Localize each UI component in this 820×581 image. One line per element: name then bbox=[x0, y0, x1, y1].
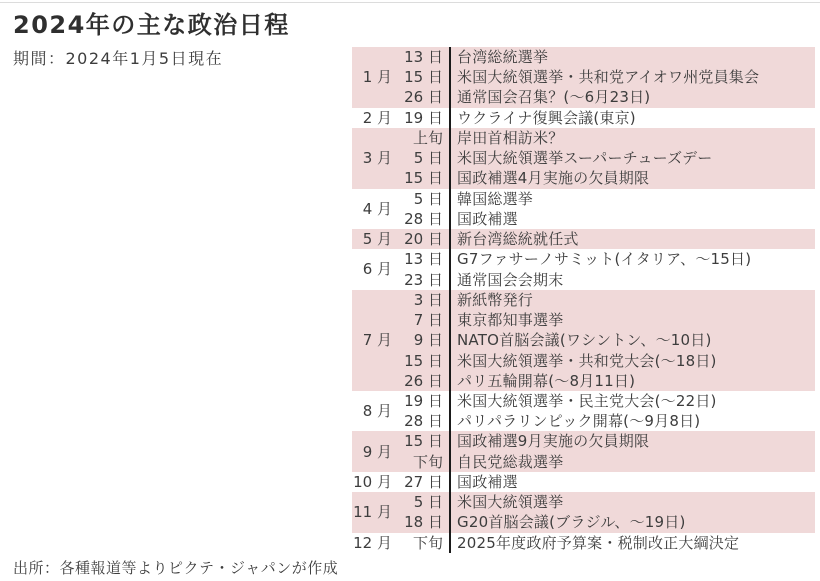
schedule-row: 11 月5 日米国大統領選挙 bbox=[352, 492, 815, 512]
day-cell: 下旬 bbox=[394, 452, 450, 472]
day-cell: 5 日 bbox=[394, 189, 450, 209]
day-cell: 26 日 bbox=[394, 87, 450, 107]
event-cell: 新台湾総統就任式 bbox=[450, 229, 815, 249]
schedule-row: 10 月27 日国政補選 bbox=[352, 472, 815, 492]
day-cell: 28 日 bbox=[394, 209, 450, 229]
event-cell: 岸田首相訪米？ bbox=[450, 128, 815, 148]
schedule-row: 26 日通常国会召集？(～6月23日) bbox=[352, 87, 815, 107]
schedule-row: 下旬自民党総裁選挙 bbox=[352, 452, 815, 472]
day-cell: 15 日 bbox=[394, 351, 450, 371]
schedule-row: 1 月13 日台湾総統選挙 bbox=[352, 47, 815, 67]
schedule-row: 5 月20 日新台湾総統就任式 bbox=[352, 229, 815, 249]
schedule-row: 9 日NATO首脳会議(ワシントン、～10日) bbox=[352, 330, 815, 350]
event-cell: 韓国総選挙 bbox=[450, 189, 815, 209]
month-cell: 2 月 bbox=[352, 108, 394, 128]
day-cell: 26 日 bbox=[394, 371, 450, 391]
day-cell: 9 日 bbox=[394, 330, 450, 350]
schedule-row: 7 日東京都知事選挙 bbox=[352, 310, 815, 330]
event-cell: 通常国会会期末 bbox=[450, 270, 815, 290]
event-cell: G20首脳会議(ブラジル、～19日) bbox=[450, 512, 815, 532]
event-cell: NATO首脳会議(ワシントン、～10日) bbox=[450, 330, 815, 350]
day-cell: 13 日 bbox=[394, 249, 450, 269]
day-cell: 5 日 bbox=[394, 148, 450, 168]
day-cell: 7 日 bbox=[394, 310, 450, 330]
source-note: 出所：各種報道等よりピクテ・ジャパンが作成 bbox=[13, 557, 338, 578]
month-cell: 8 月 bbox=[352, 391, 394, 431]
month-cell: 9 月 bbox=[352, 431, 394, 471]
day-cell: 下旬 bbox=[394, 533, 450, 553]
page-title: 2024年の主な政治日程 bbox=[13, 5, 290, 40]
schedule-row: 6 月13 日G7ファサーノサミット(イタリア、～15日) bbox=[352, 249, 815, 269]
event-cell: パリパラリンピック開幕(～9月8日) bbox=[450, 411, 815, 431]
schedule-row: 4 月5 日韓国総選挙 bbox=[352, 189, 815, 209]
schedule-row: 9 月15 日国政補選9月実施の欠員期限 bbox=[352, 431, 815, 451]
day-cell: 15 日 bbox=[394, 168, 450, 188]
day-cell: 上旬 bbox=[394, 128, 450, 148]
event-cell: 米国大統領選挙・民主党大会(～22日) bbox=[450, 391, 815, 411]
schedule-row: 15 日国政補選4月実施の欠員期限 bbox=[352, 168, 815, 188]
schedule-row: 8 月19 日米国大統領選挙・民主党大会(～22日) bbox=[352, 391, 815, 411]
month-cell: 7 月 bbox=[352, 290, 394, 391]
period-label: 期間：2024年1月5日現在 bbox=[13, 46, 223, 69]
schedule-row: 15 日米国大統領選挙・共和党大会(～18日) bbox=[352, 351, 815, 371]
month-cell: 10 月 bbox=[352, 472, 394, 492]
event-cell: ウクライナ復興会議(東京) bbox=[450, 108, 815, 128]
schedule-row: 7 月3 日新紙幣発行 bbox=[352, 290, 815, 310]
schedule-table-body: 1 月13 日台湾総統選挙15 日米国大統領選挙・共和党アイオワ州党員集会26 … bbox=[352, 47, 815, 553]
month-cell: 6 月 bbox=[352, 249, 394, 289]
schedule-row: 15 日米国大統領選挙・共和党アイオワ州党員集会 bbox=[352, 67, 815, 87]
month-cell: 4 月 bbox=[352, 189, 394, 229]
month-cell: 11 月 bbox=[352, 492, 394, 532]
event-cell: 米国大統領選挙 bbox=[450, 492, 815, 512]
event-cell: 米国大統領選挙・共和党大会(～18日) bbox=[450, 351, 815, 371]
day-cell: 19 日 bbox=[394, 391, 450, 411]
day-cell: 28 日 bbox=[394, 411, 450, 431]
month-cell: 1 月 bbox=[352, 47, 394, 108]
event-cell: 新紙幣発行 bbox=[450, 290, 815, 310]
schedule-table: 1 月13 日台湾総統選挙15 日米国大統領選挙・共和党アイオワ州党員集会26 … bbox=[352, 47, 815, 553]
event-cell: 国政補選9月実施の欠員期限 bbox=[450, 431, 815, 451]
event-cell: 自民党総裁選挙 bbox=[450, 452, 815, 472]
day-cell: 3 日 bbox=[394, 290, 450, 310]
event-cell: 国政補選 bbox=[450, 209, 815, 229]
top-divider bbox=[0, 2, 820, 3]
day-cell: 27 日 bbox=[394, 472, 450, 492]
event-cell: 通常国会召集？(～6月23日) bbox=[450, 87, 815, 107]
day-cell: 5 日 bbox=[394, 492, 450, 512]
schedule-row: 3 月上旬岸田首相訪米？ bbox=[352, 128, 815, 148]
schedule-row: 2 月19 日ウクライナ復興会議(東京) bbox=[352, 108, 815, 128]
event-cell: 米国大統領選挙・共和党アイオワ州党員集会 bbox=[450, 67, 815, 87]
day-cell: 19 日 bbox=[394, 108, 450, 128]
schedule-row: 28 日パリパラリンピック開幕(～9月8日) bbox=[352, 411, 815, 431]
schedule-row: 18 日G20首脳会議(ブラジル、～19日) bbox=[352, 512, 815, 532]
event-cell: G7ファサーノサミット(イタリア、～15日) bbox=[450, 249, 815, 269]
month-cell: 5 月 bbox=[352, 229, 394, 249]
day-cell: 15 日 bbox=[394, 67, 450, 87]
event-cell: 国政補選 bbox=[450, 472, 815, 492]
schedule-row: 26 日パリ五輪開幕(～8月11日) bbox=[352, 371, 815, 391]
schedule-row: 28 日国政補選 bbox=[352, 209, 815, 229]
event-cell: パリ五輪開幕(～8月11日) bbox=[450, 371, 815, 391]
day-cell: 13 日 bbox=[394, 47, 450, 67]
event-cell: 2025年度政府予算案・税制改正大綱決定 bbox=[450, 533, 815, 553]
event-cell: 東京都知事選挙 bbox=[450, 310, 815, 330]
schedule-row: 12 月下旬2025年度政府予算案・税制改正大綱決定 bbox=[352, 533, 815, 553]
day-cell: 18 日 bbox=[394, 512, 450, 532]
event-cell: 国政補選4月実施の欠員期限 bbox=[450, 168, 815, 188]
month-cell: 3 月 bbox=[352, 128, 394, 189]
day-cell: 15 日 bbox=[394, 431, 450, 451]
schedule-row: 23 日通常国会会期末 bbox=[352, 270, 815, 290]
event-cell: 米国大統領選挙スーパーチューズデー bbox=[450, 148, 815, 168]
schedule-row: 5 日米国大統領選挙スーパーチューズデー bbox=[352, 148, 815, 168]
event-cell: 台湾総統選挙 bbox=[450, 47, 815, 67]
day-cell: 23 日 bbox=[394, 270, 450, 290]
month-cell: 12 月 bbox=[352, 533, 394, 553]
day-cell: 20 日 bbox=[394, 229, 450, 249]
